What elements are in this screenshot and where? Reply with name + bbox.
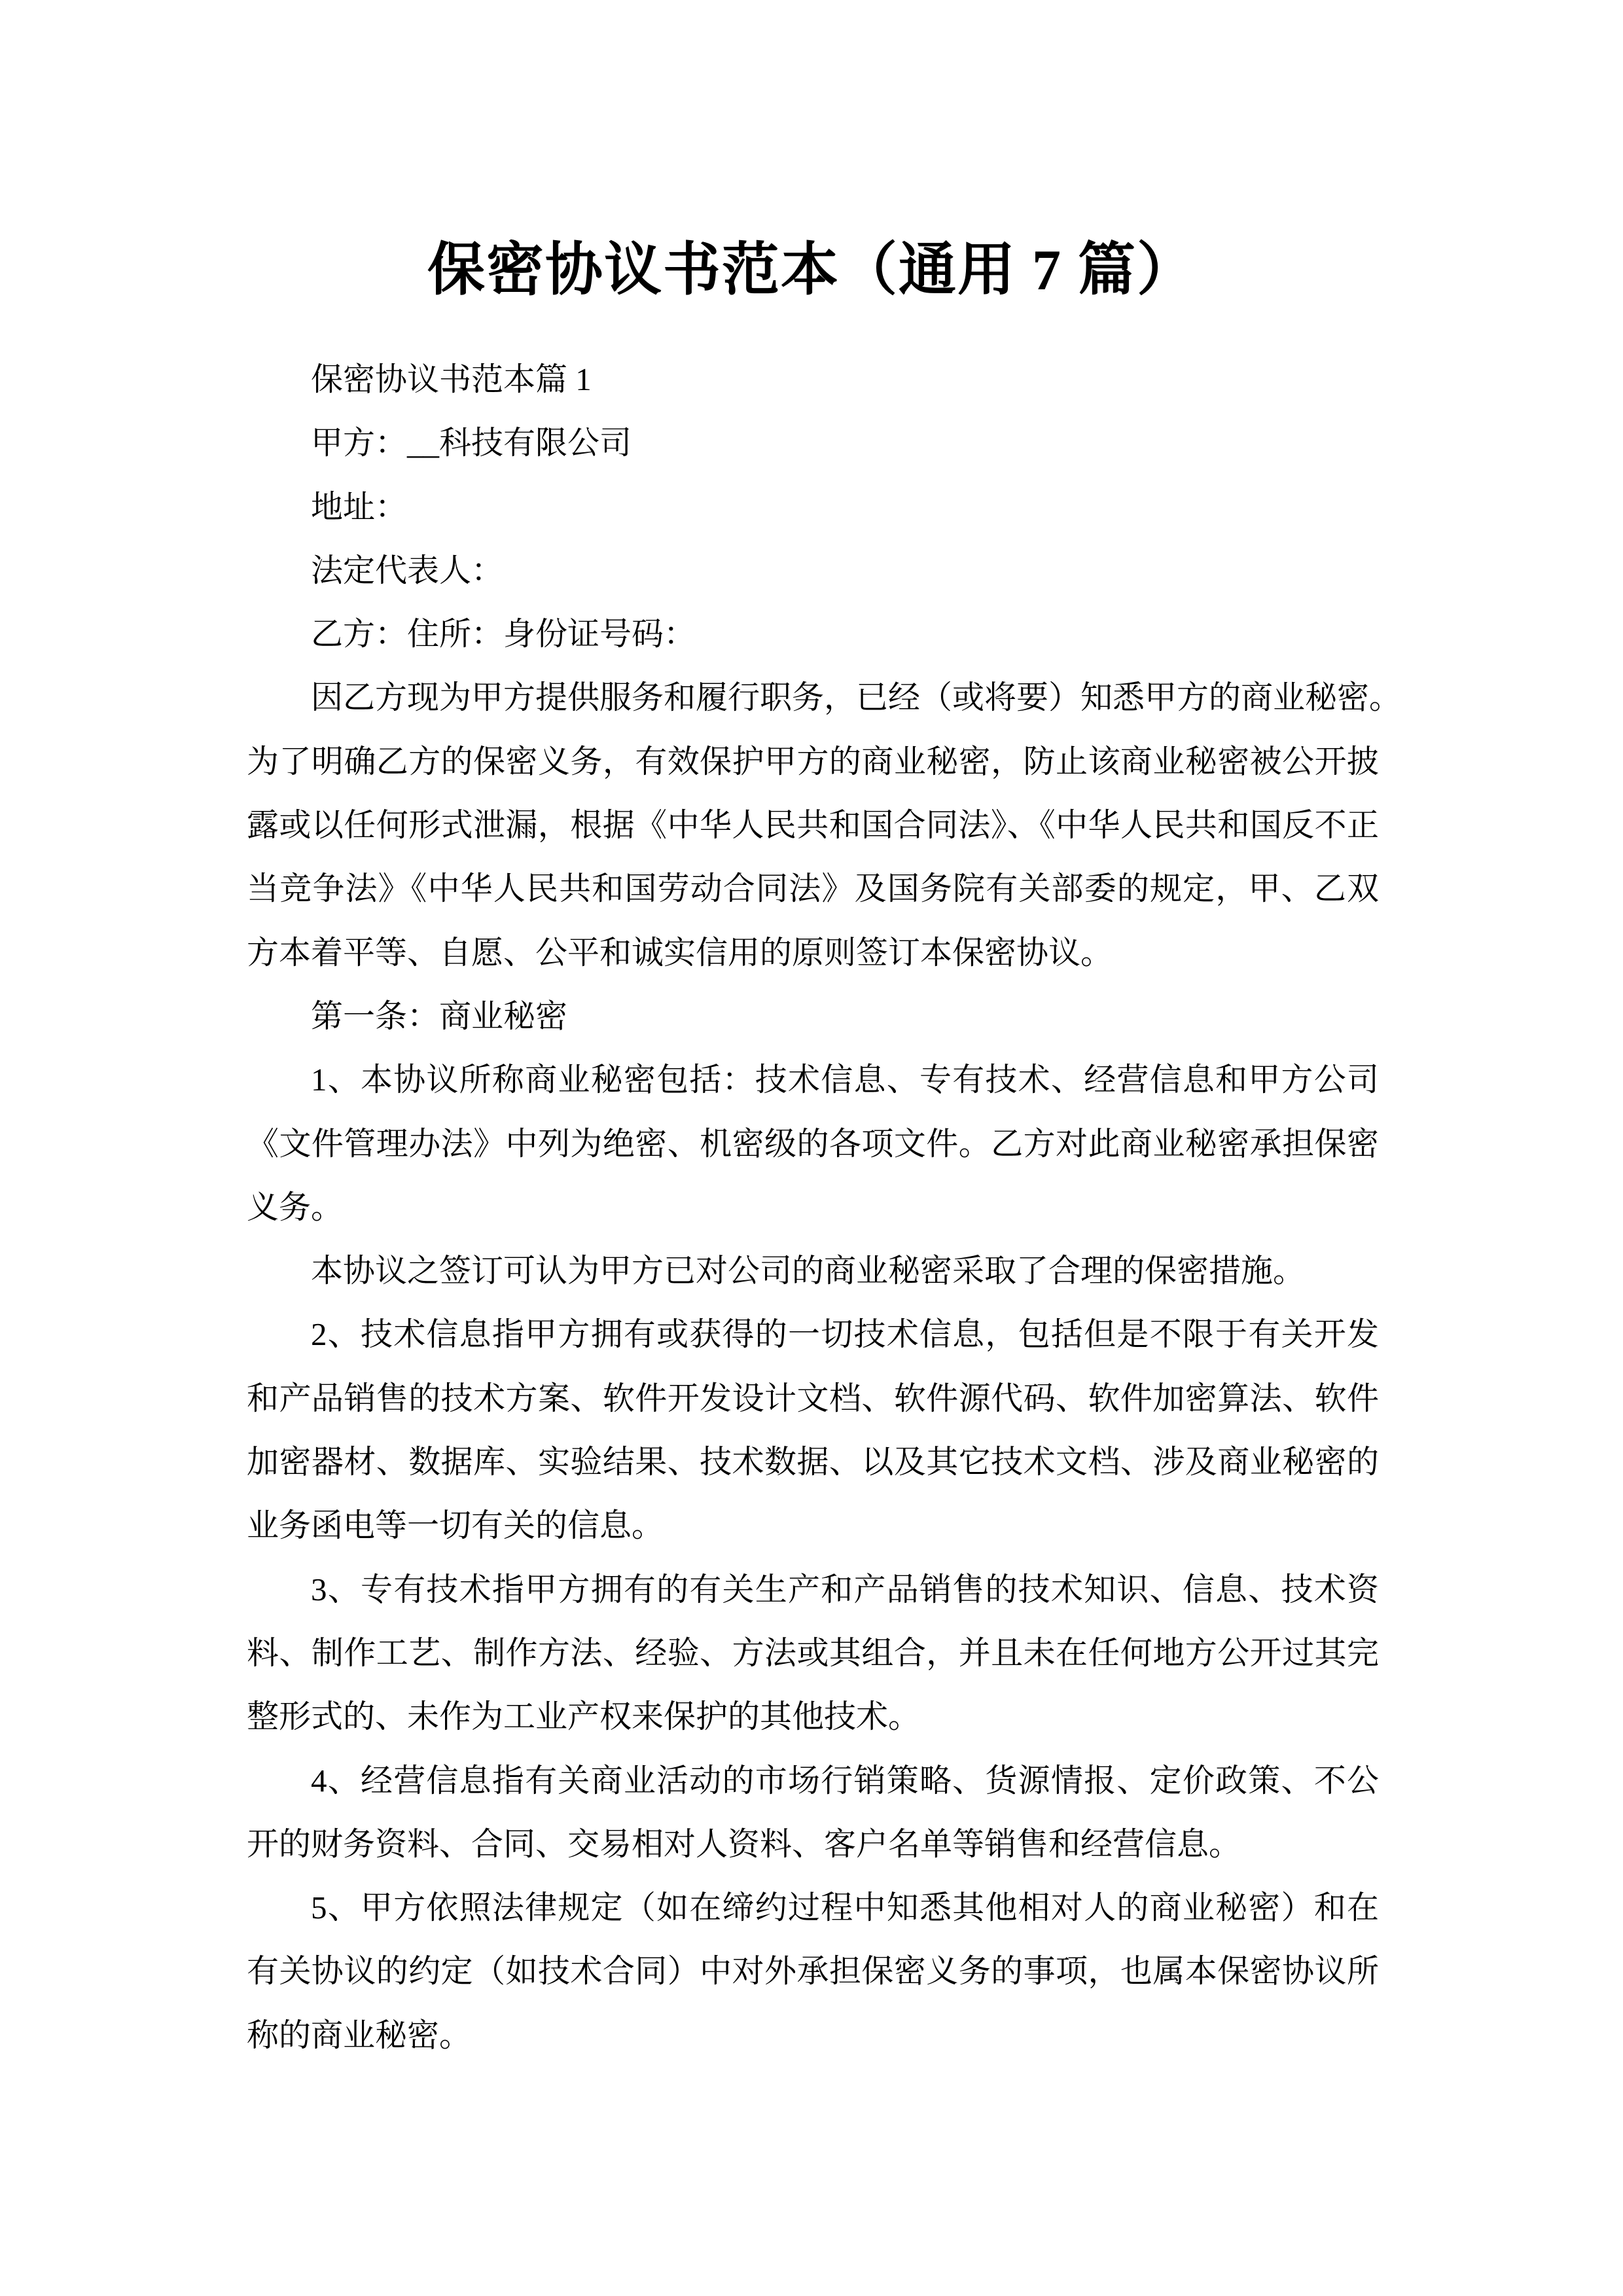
text-line: 2、技术信息指甲方拥有或获得的一切技术信息，包括但是不限于有关开发 xyxy=(247,1302,1379,1366)
text-line: 露或以任何形式泄漏，根据《中华人民共和国合同法》、《中华人民共和国反不正 xyxy=(247,793,1379,857)
text-line: 有关协议的约定（如技术合同）中对外承担保密义务的事项，也属本保密协议所 xyxy=(247,1939,1379,2003)
text-line: 4、经营信息指有关商业活动的市场行销策略、货源情报、定价政策、不公 xyxy=(247,1749,1379,1812)
text-line: 当竞争法》《中华人民共和国劳动合同法》及国务院有关部委的规定，甲、乙双 xyxy=(247,857,1379,920)
text-line: 料、制作工艺、制作方法、经验、方法或其组合，并且未在任何地方公开过其完 xyxy=(247,1621,1379,1685)
text-line: 第一条：商业秘密 xyxy=(247,984,1379,1048)
text-line: 业务函电等一切有关的信息。 xyxy=(247,1494,1379,1557)
text-line: 保密协议书范本篇 1 xyxy=(247,348,1379,411)
text-line: 和产品销售的技术方案、软件开发设计文档、软件源代码、软件加密算法、软件 xyxy=(247,1367,1379,1430)
document-page: 保密协议书范本（通用 7 篇） 保密协议书范本篇 1甲方：__科技有限公司地址：… xyxy=(0,0,1623,2296)
text-line: 5、甲方依照法律规定（如在缔约过程中知悉其他相对人的商业秘密）和在 xyxy=(247,1876,1379,1939)
text-line: 加密器材、数据库、实验结果、技术数据、以及其它技术文档、涉及商业秘密的 xyxy=(247,1430,1379,1494)
text-line: 因乙方现为甲方提供服务和履行职务，已经（或将要）知悉甲方的商业秘密。 xyxy=(247,666,1379,729)
text-line: 为了明确乙方的保密义务，有效保护甲方的商业秘密，防止该商业秘密被公开披 xyxy=(247,730,1379,793)
text-line: 甲方：__科技有限公司 xyxy=(247,411,1379,475)
text-line: 1、本协议所称商业秘密包括：技术信息、专有技术、经营信息和甲方公司 xyxy=(247,1048,1379,1111)
text-line: 乙方：住所：身份证号码： xyxy=(247,602,1379,666)
text-line: 3、专有技术指甲方拥有的有关生产和产品销售的技术知识、信息、技术资 xyxy=(247,1558,1379,1621)
text-line: 地址： xyxy=(247,475,1379,539)
text-line: 称的商业秘密。 xyxy=(247,2003,1379,2067)
text-line: 方本着平等、自愿、公平和诚实信用的原则签订本保密协议。 xyxy=(247,921,1379,984)
text-line: 法定代表人： xyxy=(247,539,1379,602)
text-line: 本协议之签订可认为甲方已对公司的商业秘密采取了合理的保密措施。 xyxy=(247,1239,1379,1302)
document-body: 保密协议书范本篇 1甲方：__科技有限公司地址：法定代表人：乙方：住所：身份证号… xyxy=(247,348,1379,2067)
text-line: 义务。 xyxy=(247,1175,1379,1239)
document-title: 保密协议书范本（通用 7 篇） xyxy=(0,231,1623,311)
text-line: 《文件管理办法》中列为绝密、机密级的各项文件。乙方对此商业秘密承担保密 xyxy=(247,1112,1379,1175)
text-line: 整形式的、未作为工业产权来保护的其他技术。 xyxy=(247,1685,1379,1748)
text-line: 开的财务资料、合同、交易相对人资料、客户名单等销售和经营信息。 xyxy=(247,1812,1379,1876)
